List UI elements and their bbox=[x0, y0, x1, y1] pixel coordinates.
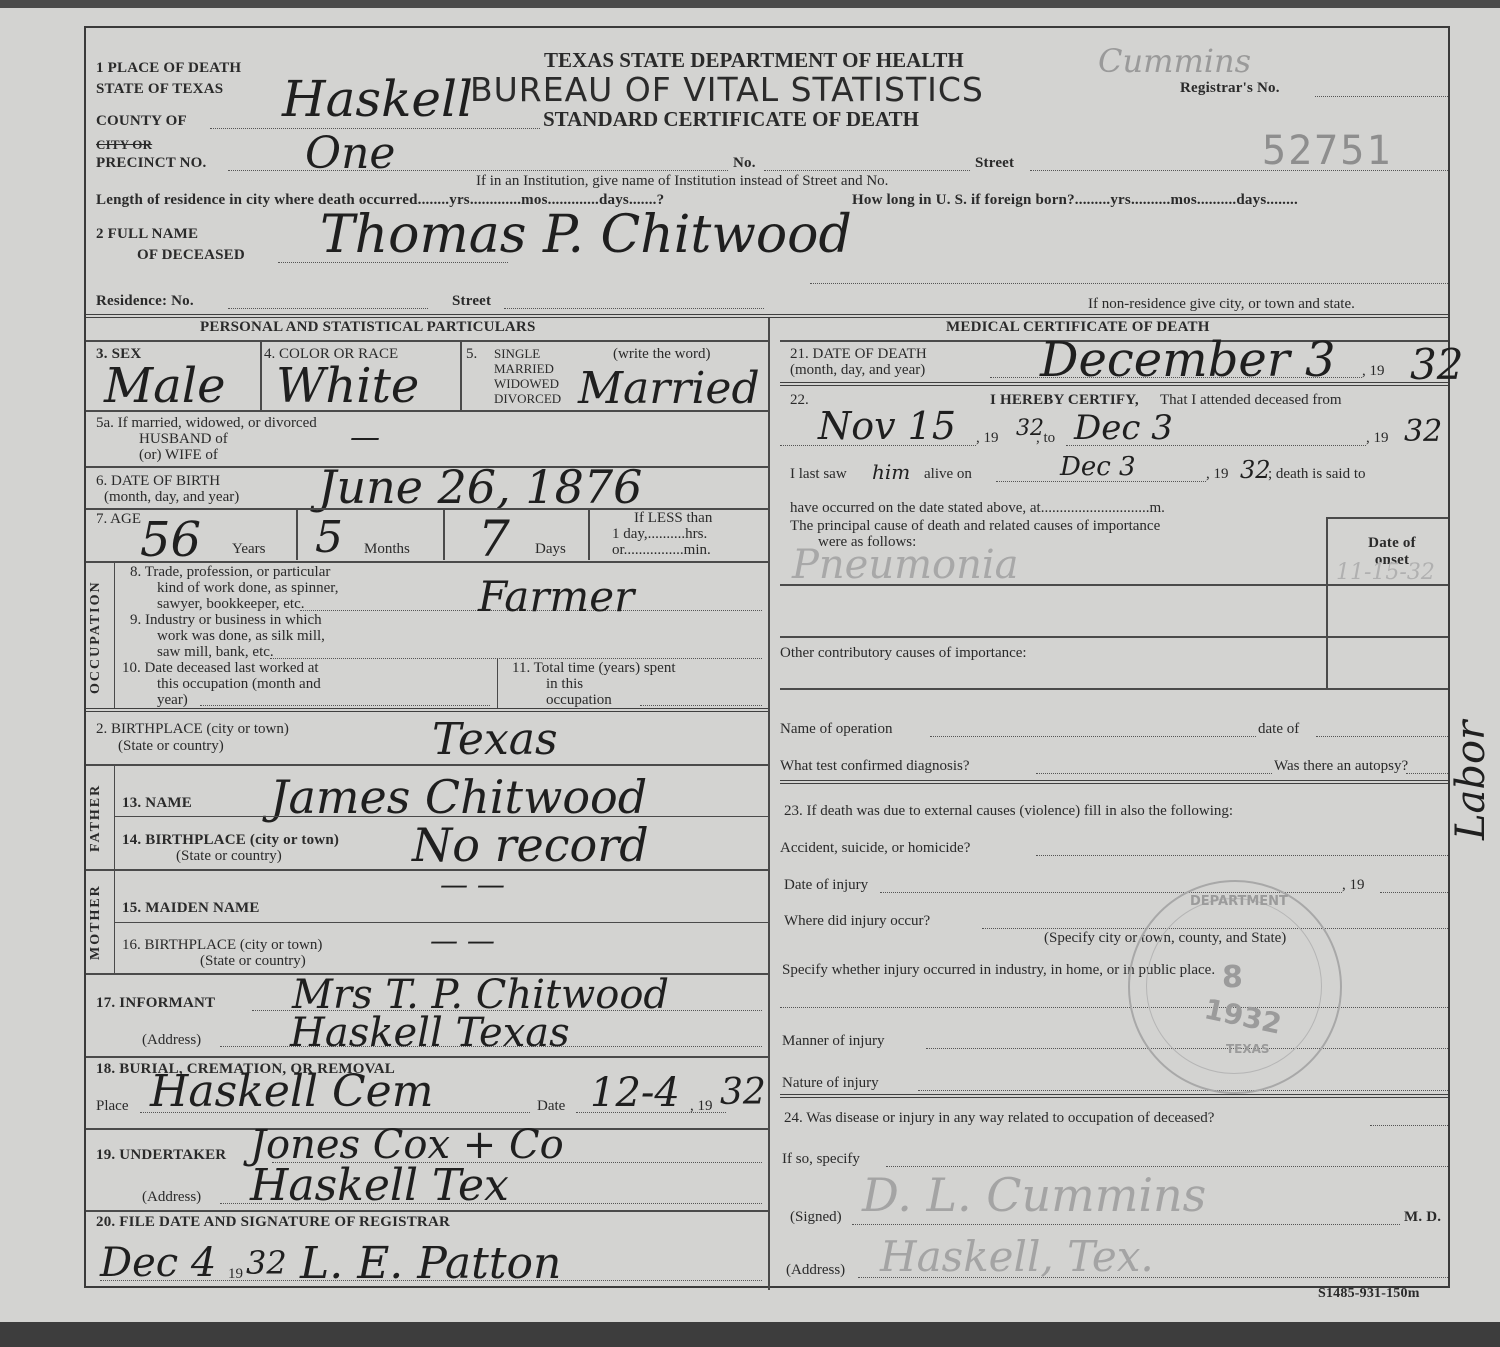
registrar-file-label: 20. FILE DATE AND SIGNATURE OF REGISTRAR bbox=[96, 1214, 450, 1231]
accident-label: Accident, suicide, or homicide? bbox=[780, 840, 970, 857]
institution-note: If in an Institution, give name of Insti… bbox=[476, 173, 888, 190]
father-side-label: FATHER bbox=[88, 768, 108, 868]
birthplace-value: Texas bbox=[432, 714, 558, 765]
where-injury-label: Where did injury occur? bbox=[784, 913, 930, 930]
to-label: , to bbox=[1036, 430, 1055, 447]
certificate-number: 52751 bbox=[1262, 128, 1392, 174]
last-saw-label: I last saw bbox=[790, 466, 847, 483]
occupation-value: Farmer bbox=[478, 572, 634, 621]
burial-date-value: 12-4 bbox=[590, 1070, 680, 1116]
mother-birthplace-label-2: (State or country) bbox=[200, 953, 306, 970]
dob-label-1: 6. DATE OF BIRTH bbox=[96, 473, 220, 490]
autopsy-label: Was there an autopsy? bbox=[1274, 758, 1408, 775]
undertaker-label: 19. UNDERTAKER bbox=[96, 1147, 226, 1164]
county-label: COUNTY OF bbox=[96, 113, 187, 130]
spouse-label-2: HUSBAND of bbox=[139, 431, 228, 448]
manner-of-injury-label: Manner of injury bbox=[782, 1033, 884, 1050]
city-or-label: CITY OR bbox=[96, 137, 152, 153]
operation-label: Name of operation bbox=[780, 721, 892, 738]
attended-to-value: Dec 3 bbox=[1074, 408, 1173, 448]
state-of-texas-label: STATE OF TEXAS bbox=[96, 81, 223, 98]
marital-number: 5. bbox=[466, 346, 477, 363]
alive-year-value: 32 bbox=[1240, 456, 1271, 484]
nature-of-injury-label: Nature of injury bbox=[782, 1075, 879, 1092]
dod-year-prefix: , 19 bbox=[1362, 363, 1385, 380]
age-months-value: 5 bbox=[315, 512, 343, 563]
spouse-value: — bbox=[350, 420, 380, 455]
physician-address-label: (Address) bbox=[786, 1262, 845, 1279]
scan-bottom-border bbox=[0, 1322, 1500, 1347]
cause-label-1: The principal cause of death and related… bbox=[790, 518, 1160, 535]
race-value: White bbox=[276, 358, 419, 414]
q22-label: 22. bbox=[790, 392, 809, 409]
q10-line1: 10. Date deceased last worked at bbox=[122, 660, 319, 677]
to-year-value: 32 bbox=[1404, 414, 1442, 449]
days-label: Days bbox=[535, 541, 566, 558]
burial-place-value: Haskell Cem bbox=[150, 1066, 433, 1117]
cause-of-death-value: Pneumonia bbox=[792, 542, 1019, 588]
non-residence-note: If non-residence give city, or town and … bbox=[1088, 296, 1355, 313]
father-birthplace-label-1: 14. BIRTHPLACE (city or town) bbox=[122, 832, 339, 849]
alive-year-prefix: , 19 bbox=[1206, 466, 1229, 483]
precinct-value: One bbox=[305, 128, 395, 179]
q8-line2: kind of work done, as spinner, bbox=[157, 580, 338, 597]
margin-note-handwritten: Labor bbox=[1448, 721, 1494, 840]
age-days-value: 7 bbox=[478, 510, 510, 568]
undertaker-address-label: (Address) bbox=[142, 1189, 201, 1206]
q10-line2: this occupation (month and bbox=[157, 676, 321, 693]
age-years-value: 56 bbox=[140, 512, 201, 568]
informant-address-label: (Address) bbox=[142, 1032, 201, 1049]
marital-write-note: (write the word) bbox=[613, 346, 710, 363]
q8-line1: 8. Trade, profession, or particular bbox=[130, 564, 330, 581]
mother-birthplace-value: — — bbox=[430, 924, 495, 957]
registrar-no-label: Registrar's No. bbox=[1180, 80, 1280, 97]
personal-section-title: PERSONAL AND STATISTICAL PARTICULARS bbox=[200, 319, 536, 336]
precinct-label: PRECINCT NO. bbox=[96, 155, 206, 172]
q11-line1: 11. Total time (years) spent bbox=[512, 660, 676, 677]
registrar-handwritten-name: Cummins bbox=[1098, 42, 1251, 80]
q11-line2: in this bbox=[546, 676, 583, 693]
received-date-stamp: DEPARTMENT 8 1932 TEXAS bbox=[1128, 880, 1342, 1094]
age-label: 7. AGE bbox=[96, 511, 141, 528]
dod-label-1: 21. DATE OF DEATH bbox=[790, 346, 927, 363]
informant-address-value: Haskell Texas bbox=[290, 1010, 570, 1056]
other-causes-label: Other contributory causes of importance: bbox=[780, 645, 1027, 662]
place-of-death-label: 1 PLACE OF DEATH bbox=[96, 60, 241, 77]
years-label: Years bbox=[232, 541, 265, 558]
q8-line3: sawyer, bookkeeper, etc. bbox=[157, 596, 304, 613]
q24-label: 24. Was disease or injury in any way rel… bbox=[784, 1110, 1214, 1127]
date-of-onset-value: 11-15-32 bbox=[1336, 560, 1435, 585]
occupation-side-label: OCCUPATION bbox=[88, 566, 108, 708]
sex-value: Male bbox=[104, 358, 226, 414]
birthplace-label-2: (State or country) bbox=[118, 738, 224, 755]
us-length-label: How long in U. S. if foreign born?......… bbox=[852, 192, 1298, 209]
physician-address-value: Haskell, Tex. bbox=[880, 1232, 1154, 1281]
mother-side-label: MOTHER bbox=[88, 872, 108, 972]
marital-options: SINGLE MARRIED WIDOWED DIVORCED bbox=[494, 346, 561, 406]
registrar-signature: L. E. Patton bbox=[300, 1238, 561, 1289]
of-deceased-label: OF DECEASED bbox=[137, 247, 245, 264]
certify-label: I HEREBY CERTIFY, bbox=[990, 392, 1139, 409]
marital-value: Married bbox=[578, 363, 760, 414]
county-value: Haskell bbox=[282, 70, 473, 128]
undertaker-address-value: Haskell Tex bbox=[250, 1160, 509, 1211]
spouse-label-1: 5a. If married, widowed, or divorced bbox=[96, 415, 317, 432]
md-label: M. D. bbox=[1404, 1209, 1441, 1226]
no-label: No. bbox=[733, 155, 756, 172]
q9-line2: work was done, as silk mill, bbox=[157, 628, 325, 645]
mother-maiden-label: 15. MAIDEN NAME bbox=[122, 900, 260, 917]
q9-line3: saw mill, bank, etc. bbox=[157, 644, 274, 661]
informant-label: 17. INFORMANT bbox=[96, 995, 215, 1012]
alive-on-label: alive on bbox=[924, 466, 972, 483]
burial-year-prefix: , 19 bbox=[690, 1098, 713, 1115]
to-year-prefix: , 19 bbox=[1366, 430, 1389, 447]
mother-maiden-value: — — bbox=[440, 868, 505, 901]
physician-signature: D. L. Cummins bbox=[862, 1168, 1206, 1222]
deceased-name-value: Thomas P. Chitwood bbox=[320, 205, 852, 265]
operation-date-label: date of bbox=[1258, 721, 1299, 738]
spouse-label-3: (or) WIFE of bbox=[139, 447, 218, 464]
less-than-min: or................min. bbox=[612, 542, 711, 559]
attended-from-value: Nov 15 bbox=[818, 404, 956, 448]
residence-no-label: Residence: No. bbox=[96, 293, 194, 310]
months-label: Months bbox=[364, 541, 410, 558]
bureau-heading: BUREAU OF VITAL STATISTICS bbox=[470, 70, 984, 109]
if-so-specify-label: If so, specify bbox=[782, 1151, 860, 1168]
birthplace-label-1: 2. BIRTHPLACE (city or town) bbox=[96, 721, 289, 738]
q9-line1: 9. Industry or business in which bbox=[130, 612, 322, 629]
signed-label: (Signed) bbox=[790, 1209, 842, 1226]
q11-line3: occupation bbox=[546, 692, 612, 709]
dob-label-2: (month, day, and year) bbox=[104, 489, 239, 506]
alive-on-value: Dec 3 bbox=[1060, 452, 1136, 482]
burial-year-value: 32 bbox=[720, 1072, 766, 1113]
from-year-prefix: , 19 bbox=[976, 430, 999, 447]
registrar-year-value: 32 bbox=[246, 1244, 287, 1282]
street-label: Street bbox=[975, 155, 1014, 172]
certify-rest: That I attended deceased from bbox=[1160, 392, 1342, 409]
father-birthplace-value: No record bbox=[412, 818, 649, 872]
less-than-label: If LESS than bbox=[634, 510, 712, 527]
less-than-hrs: 1 day,..........hrs. bbox=[612, 526, 707, 543]
q23-label: 23. If death was due to external causes … bbox=[784, 803, 1233, 820]
dod-value: December 3 bbox=[1040, 332, 1336, 388]
death-said-to: ; death is said to bbox=[1268, 466, 1366, 483]
date-of-injury-year: , 19 bbox=[1342, 877, 1365, 894]
residence-street-label: Street bbox=[452, 293, 491, 310]
burial-place-label: Place bbox=[96, 1098, 128, 1115]
full-name-label: 2 FULL NAME bbox=[96, 226, 198, 243]
date-of-injury-label: Date of injury bbox=[784, 877, 868, 894]
test-label: What test confirmed diagnosis? bbox=[780, 758, 970, 775]
father-name-label: 13. NAME bbox=[122, 795, 192, 812]
last-saw-who: him bbox=[872, 460, 910, 484]
burial-date-label: Date bbox=[537, 1098, 565, 1115]
father-birthplace-label-2: (State or country) bbox=[176, 848, 282, 865]
dob-value: June 26, 1876 bbox=[318, 460, 642, 514]
occurred-at-label: have occurred on the date stated above, … bbox=[790, 500, 1165, 517]
certificate-title: STANDARD CERTIFICATE OF DEATH bbox=[543, 107, 919, 132]
form-code: S1485-931-150m bbox=[1318, 1286, 1420, 1302]
scan-top-border bbox=[0, 0, 1500, 8]
q10-line3: year) bbox=[157, 692, 188, 709]
dod-label-2: (month, day, and year) bbox=[790, 362, 925, 379]
mother-birthplace-label-1: 16. BIRTHPLACE (city or town) bbox=[122, 937, 322, 954]
